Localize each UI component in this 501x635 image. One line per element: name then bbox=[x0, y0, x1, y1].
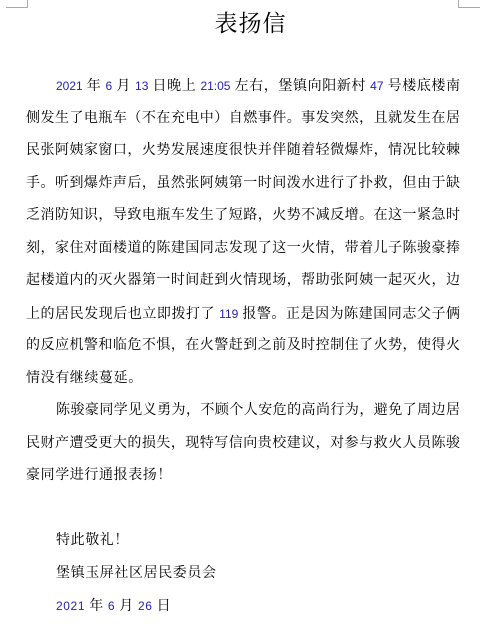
letter-body-line: 豪同学进行通报表扬！ bbox=[26, 460, 460, 493]
letter-body-line: 民财产遭受更大的损失，现特写信向贵校建议，对参与救火人员陈骏 bbox=[26, 428, 460, 461]
letter-body-line: 2021 年 6 月 13 日晚上 21:05 左右，堡镇向阳新村 47 号楼底… bbox=[26, 70, 460, 103]
letter-body-line: 上的居民发现后也立即拨打了 119 报警。正是因为陈建国同志父子俩 bbox=[26, 298, 460, 331]
blank-line bbox=[26, 493, 460, 526]
letter-body-line: 起楼道内的灭火器第一时间赶到火情现场，帮助张阿姨一起灭火，边 bbox=[26, 265, 460, 298]
document-page: 表扬信 2021 年 6 月 13 日晚上 21:05 左右，堡镇向阳新村 47… bbox=[0, 0, 501, 635]
letter-body: 2021 年 6 月 13 日晚上 21:05 左右，堡镇向阳新村 47 号楼底… bbox=[26, 70, 460, 623]
letter-body-line: 陈骏豪同学见义勇为，不顾个人安危的高尚行为，避免了周边居 bbox=[26, 395, 460, 428]
crop-mark-top-left bbox=[6, 0, 28, 8]
letter-body-line: 侧发生了电瓶车（不在充电中）自燃事件。事发突然，且就发生在居 bbox=[26, 103, 460, 136]
closing-salute: 特此敬礼！ bbox=[26, 525, 460, 558]
letter-body-line: 乏消防知识，导致电瓶车发生了短路，火势不减反增。在这一紧急时 bbox=[26, 200, 460, 233]
closing-signature: 堡镇玉屏社区居民委员会 bbox=[26, 558, 460, 591]
letter-title: 表扬信 bbox=[0, 8, 501, 40]
letter-body-line: 的反应机警和临危不惧，在火警赶到之前及时控制住了火势，使得火 bbox=[26, 330, 460, 363]
crop-mark-top-right bbox=[458, 0, 480, 8]
letter-body-line: 刻，家住对面楼道的陈建国同志发现了这一火情，带着儿子陈骏豪捧 bbox=[26, 233, 460, 266]
letter-body-line: 情没有继续蔓延。 bbox=[26, 363, 460, 396]
letter-body-line: 民张阿姨家窗口，火势发展速度很快并伴随着轻微爆炸，情况比较棘 bbox=[26, 135, 460, 168]
closing-date: 2021 年 6 月 26 日 bbox=[26, 590, 460, 623]
letter-body-line: 手。听到爆炸声后，虽然张阿姨第一时间泼水进行了扑救，但由于缺 bbox=[26, 168, 460, 201]
